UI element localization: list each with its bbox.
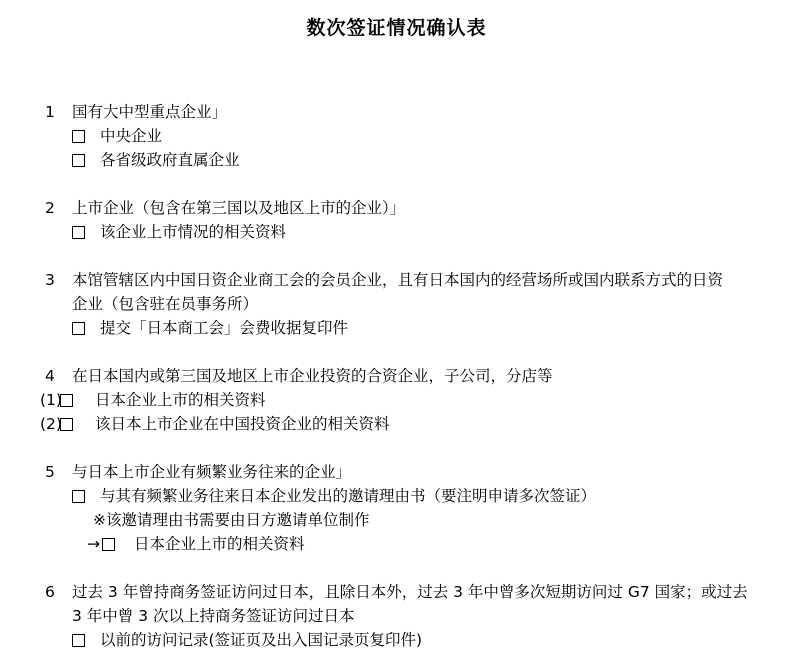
section-3-heading-text: 本馆管辖区内中国日资企业商工会的会员企业，且有日本国内的经营场所或国内联系方式的… — [72, 271, 723, 289]
section-6-heading-text: 过去 3 年曾持商务签证访问过日本，且除日本外，过去 3 年中曾多次短期访问过 … — [72, 583, 748, 601]
checkbox-row: (1) 日本企业上市的相关资料 — [0, 388, 793, 412]
page-title: 数次签证情况确认表 — [0, 13, 793, 43]
section-3-heading: 3本馆管辖区内中国日资企业商工会的会员企业，且有日本国内的经营场所或国内联系方式… — [0, 268, 793, 292]
section-1-heading: 1国有大中型重点企业」 — [0, 100, 793, 124]
section-2-number: 2 — [45, 196, 72, 220]
item-number-prefix: (2) — [40, 412, 60, 436]
section-2: 2上市企业（包含在第三国以及地区上市的企业）」 该企业上市情况的相关资料 — [0, 196, 793, 244]
checkbox-label: 日本企业上市的相关资料 — [95, 388, 266, 412]
checkbox-label: 以前的访问记录(签证页及出入国记录页复印件) — [100, 628, 422, 652]
checkbox-label: 与其有频繁业务往来日本企业发出的邀请理由书（要注明申请多次签证） — [100, 484, 596, 508]
section-6-number: 6 — [45, 580, 72, 604]
checkbox-icon[interactable] — [72, 154, 85, 167]
checkbox-row: 提交「日本商工会」会费收据复印件 — [0, 316, 793, 340]
section-2-heading-text: 上市企业（包含在第三国以及地区上市的企业）」 — [72, 199, 405, 217]
checkbox-icon[interactable] — [72, 634, 85, 647]
checkbox-label: 中央企业 — [100, 124, 162, 148]
section-3-number: 3 — [45, 268, 72, 292]
checkbox-icon[interactable] — [72, 226, 85, 239]
section-6: 6过去 3 年曾持商务签证访问过日本，且除日本外，过去 3 年中曾多次短期访问过… — [0, 580, 793, 652]
checkbox-label: 日本企业上市的相关资料 — [134, 532, 305, 556]
section-1-heading-text: 国有大中型重点企业」 — [72, 103, 227, 121]
checkbox-row: 各省级政府直属企业 — [0, 148, 793, 172]
section-5-heading: 5与日本上市企业有频繁业务往来的企业」 — [0, 460, 793, 484]
section-4-heading-text: 在日本国内或第三国及地区上市企业投资的合资企业，子公司，分店等 — [72, 367, 553, 385]
section-5-heading-text: 与日本上市企业有频繁业务往来的企业」 — [72, 463, 351, 481]
section-6-heading: 6过去 3 年曾持商务签证访问过日本，且除日本外，过去 3 年中曾多次短期访问过… — [0, 580, 793, 604]
checkbox-row: (2) 该日本上市企业在中国投资企业的相关资料 — [0, 412, 793, 436]
section-6-heading-continued: 3 年中曾 3 次以上持商务签证访问过日本 — [0, 604, 793, 628]
arrow-icon: → — [87, 532, 100, 556]
checkbox-icon[interactable] — [60, 418, 73, 431]
checkbox-row: 中央企业 — [0, 124, 793, 148]
checkbox-icon[interactable] — [72, 130, 85, 143]
section-3-heading-continued: 企业（包含驻在员事务所） — [0, 292, 793, 316]
checkbox-row: → 日本企业上市的相关资料 — [0, 532, 793, 556]
checkbox-icon[interactable] — [72, 490, 85, 503]
checkbox-row: 与其有频繁业务往来日本企业发出的邀请理由书（要注明申请多次签证） — [0, 484, 793, 508]
checkbox-label: 该日本上市企业在中国投资企业的相关资料 — [95, 412, 390, 436]
checkbox-label: 该企业上市情况的相关资料 — [100, 220, 286, 244]
section-5: 5与日本上市企业有频繁业务往来的企业」 与其有频繁业务往来日本企业发出的邀请理由… — [0, 460, 793, 556]
document-page: 数次签证情况确认表 1国有大中型重点企业」 中央企业 各省级政府直属企业 2上市… — [0, 0, 793, 671]
note-text: ※该邀请理由书需要由日方邀请单位制作 — [0, 508, 793, 532]
checkbox-icon[interactable] — [60, 394, 73, 407]
item-number-prefix: (1) — [40, 388, 60, 412]
checkbox-label: 提交「日本商工会」会费收据复印件 — [100, 316, 348, 340]
checkbox-icon[interactable] — [102, 538, 115, 551]
checkbox-row: 以前的访问记录(签证页及出入国记录页复印件) — [0, 628, 793, 652]
section-4: 4在日本国内或第三国及地区上市企业投资的合资企业，子公司，分店等 (1) 日本企… — [0, 364, 793, 436]
section-2-heading: 2上市企业（包含在第三国以及地区上市的企业）」 — [0, 196, 793, 220]
section-3: 3本馆管辖区内中国日资企业商工会的会员企业，且有日本国内的经营场所或国内联系方式… — [0, 268, 793, 340]
section-1: 1国有大中型重点企业」 中央企业 各省级政府直属企业 — [0, 100, 793, 172]
section-1-number: 1 — [45, 100, 72, 124]
section-4-number: 4 — [45, 364, 72, 388]
document-body: 1国有大中型重点企业」 中央企业 各省级政府直属企业 2上市企业（包含在第三国以… — [0, 100, 793, 652]
section-5-number: 5 — [45, 460, 72, 484]
checkbox-row: 该企业上市情况的相关资料 — [0, 220, 793, 244]
section-4-heading: 4在日本国内或第三国及地区上市企业投资的合资企业，子公司，分店等 — [0, 364, 793, 388]
checkbox-icon[interactable] — [72, 322, 85, 335]
checkbox-label: 各省级政府直属企业 — [100, 148, 240, 172]
